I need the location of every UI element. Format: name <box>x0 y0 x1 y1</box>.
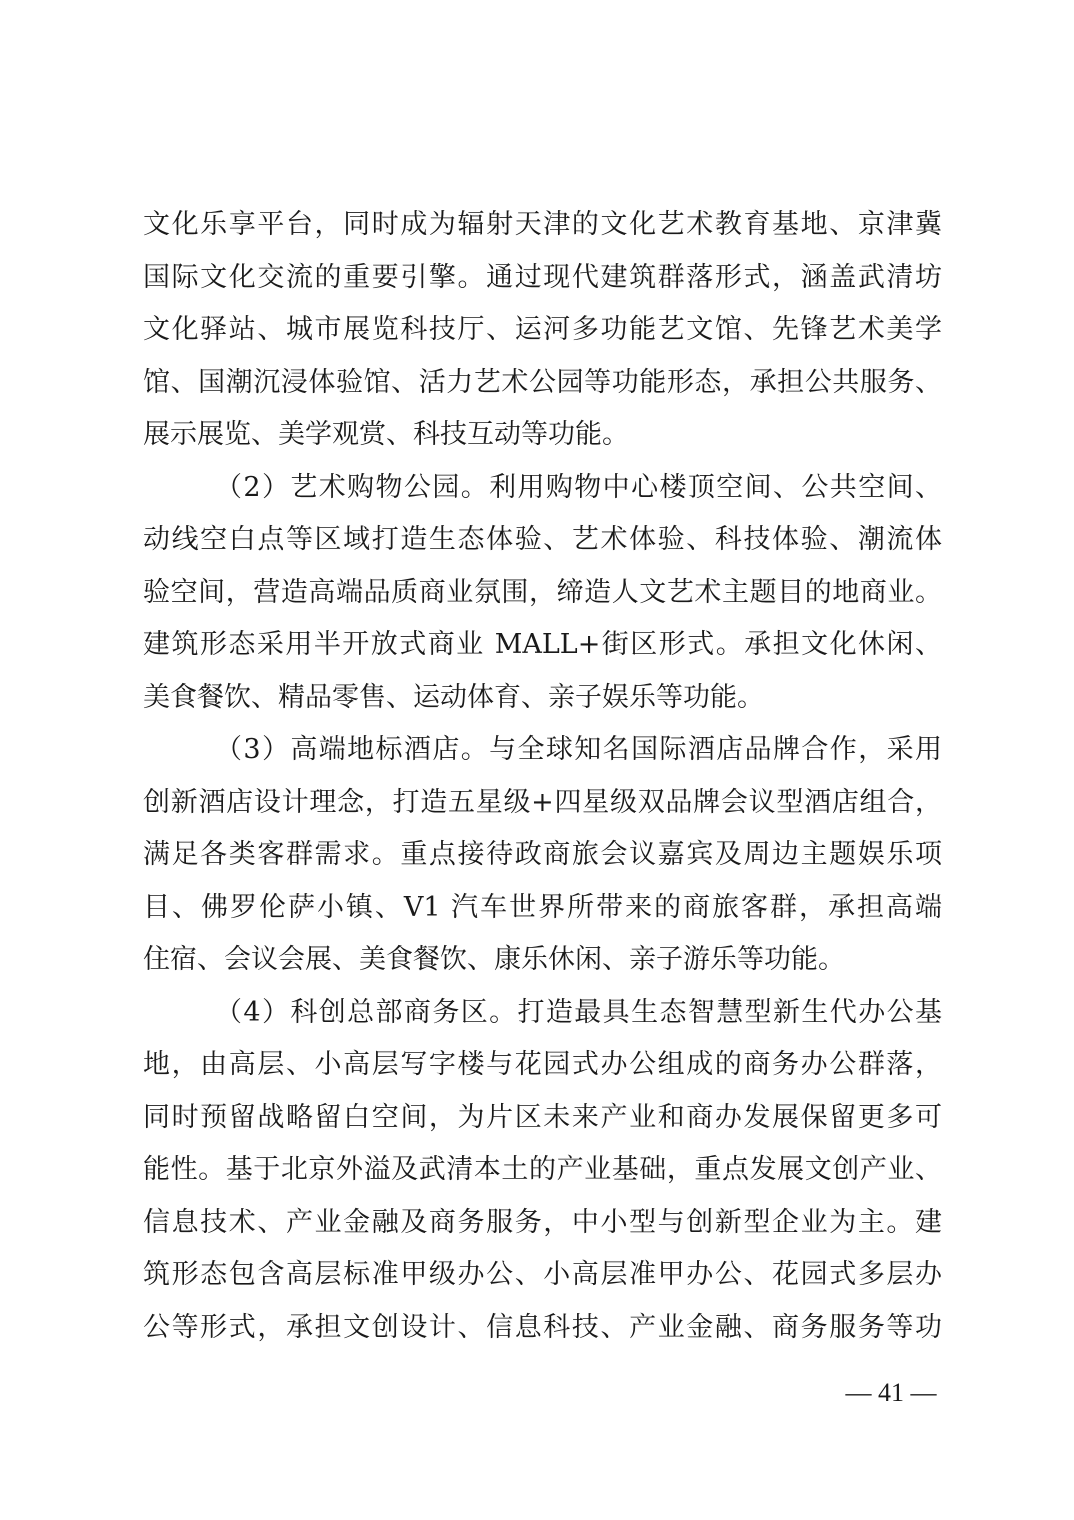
text-line: 同时预留战略留白空间，为片区未来产业和商办发展保留更多可 <box>143 1092 942 1145</box>
page-number: — 41 — <box>836 1378 946 1408</box>
text-line: 满足各类客群需求。重点接待政商旅会议嘉宾及周边主题娱乐项 <box>143 829 942 882</box>
text-line: 文化乐享平台，同时成为辐射天津的文化艺术教育基地、京津冀 <box>143 199 942 252</box>
document-page: 文化乐享平台，同时成为辐射天津的文化艺术教育基地、京津冀 国际文化交流的重要引擎… <box>0 0 1074 1520</box>
text-line: 目、佛罗伦萨小镇、V1 汽车世界所带来的商旅客群，承担高端 <box>143 882 942 935</box>
text-line: 国际文化交流的重要引擎。通过现代建筑群落形式，涵盖武清坊 <box>143 252 942 305</box>
body-text: 文化乐享平台，同时成为辐射天津的文化艺术教育基地、京津冀 国际文化交流的重要引擎… <box>143 199 942 1354</box>
text-line: 馆、国潮沉浸体验馆、活力艺术公园等功能形态，承担公共服务、 <box>143 357 942 410</box>
text-line: 创新酒店设计理念，打造五星级+四星级双品牌会议型酒店组合， <box>143 777 942 830</box>
text-line: 公等形式，承担文创设计、信息科技、产业金融、商务服务等功 <box>143 1302 942 1355</box>
text-line: 动线空白点等区域打造生态体验、艺术体验、科技体验、潮流体 <box>143 514 942 567</box>
text-line: 能性。基于北京外溢及武清本土的产业基础，重点发展文创产业、 <box>143 1144 942 1197</box>
text-line: 住宿、会议会展、美食餐饮、康乐休闲、亲子游乐等功能。 <box>143 934 942 987</box>
text-line: 文化驿站、城市展览科技厅、运河多功能艺文馆、先锋艺术美学 <box>143 304 942 357</box>
text-line: 验空间，营造高端品质商业氛围，缔造人文艺术主题目的地商业。 <box>143 567 942 620</box>
section-heading-line: （2）艺术购物公园。利用购物中心楼顶空间、公共空间、 <box>143 462 942 515</box>
text-line: 信息技术、产业金融及商务服务，中小型与创新型企业为主。建 <box>143 1197 942 1250</box>
text-line: 地，由高层、小高层写字楼与花园式办公组成的商务办公群落， <box>143 1039 942 1092</box>
text-line: 建筑形态采用半开放式商业 MALL+街区形式。承担文化休闲、 <box>143 619 942 672</box>
section-heading-line: （3）高端地标酒店。与全球知名国际酒店品牌合作，采用 <box>143 724 942 777</box>
text-line: 美食餐饮、精品零售、运动体育、亲子娱乐等功能。 <box>143 672 942 725</box>
text-line: 展示展览、美学观赏、科技互动等功能。 <box>143 409 942 462</box>
text-line: 筑形态包含高层标准甲级办公、小高层准甲办公、花园式多层办 <box>143 1249 942 1302</box>
section-heading-line: （4）科创总部商务区。打造最具生态智慧型新生代办公基 <box>143 987 942 1040</box>
